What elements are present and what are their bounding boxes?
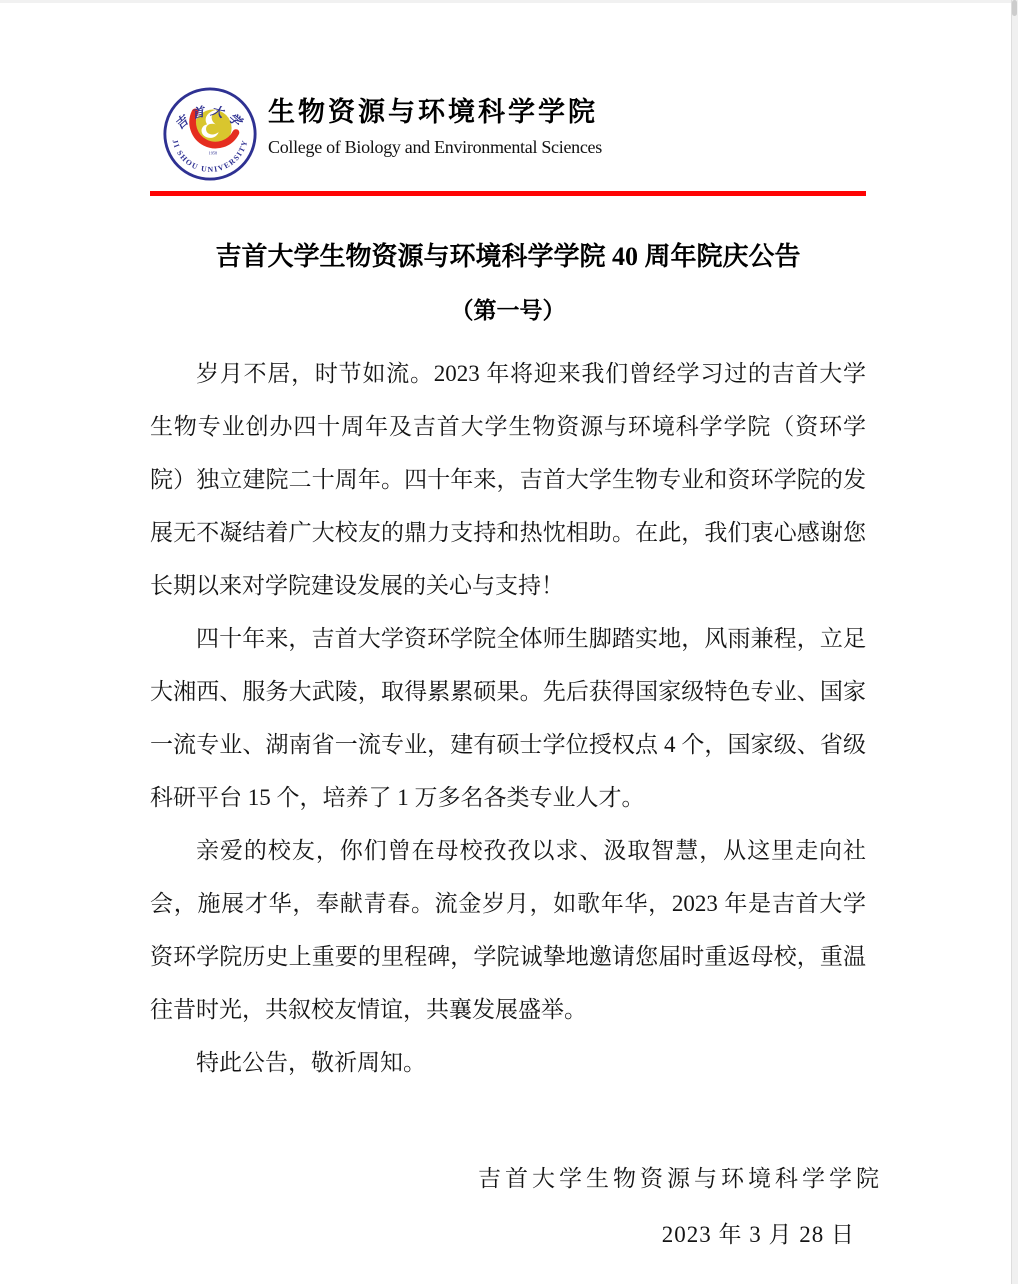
college-name-zh: 生物资源与环境科学学院 — [268, 94, 602, 130]
document-body: 岁月不居，时节如流。2023 年将迎来我们曾经学习过的吉首大学生物专业创办四十周… — [150, 347, 866, 1089]
university-seal-icon: 吉首大学 JI SHOU UNIVERSITY 1958 — [162, 86, 258, 182]
page-top-edge-line — [0, 0, 1018, 3]
paragraph-4: 特此公告，敬祈周知。 — [150, 1036, 866, 1089]
letterhead: 生物资源与环境科学学院 College of Biology and Envir… — [268, 94, 602, 158]
paragraph-2: 四十年来，吉首大学资环学院全体师生脚踏实地，风雨兼程，立足大湘西、服务大武陵，取… — [150, 612, 866, 824]
university-seal-logo: 吉首大学 JI SHOU UNIVERSITY 1958 — [162, 86, 258, 182]
seal-founding-year: 1958 — [209, 151, 218, 156]
document-title: 吉首大学生物资源与环境科学学院 40 周年院庆公告 — [150, 241, 866, 273]
scrollbar-thumb[interactable] — [1012, 0, 1017, 16]
announcement-document-page: 吉首大学 JI SHOU UNIVERSITY 1958 生物资源与环境科学学院… — [0, 0, 1018, 1284]
document-issue-number: （第一号） — [150, 295, 866, 327]
date-line: 2023 年 3 月 28 日 — [662, 1216, 855, 1249]
college-name-en: College of Biology and Environmental Sci… — [268, 137, 602, 158]
paragraph-1: 岁月不居，时节如流。2023 年将迎来我们曾经学习过的吉首大学生物专业创办四十周… — [150, 347, 866, 612]
signature-line: 吉首大学生物资源与环境科学学院 — [478, 1160, 883, 1193]
scrollbar-track[interactable] — [1011, 0, 1018, 1284]
paragraph-3: 亲爱的校友，你们曾在母校孜孜以求、汲取智慧，从这里走向社会，施展才华，奉献青春。… — [150, 824, 866, 1036]
red-divider-line — [150, 191, 866, 196]
